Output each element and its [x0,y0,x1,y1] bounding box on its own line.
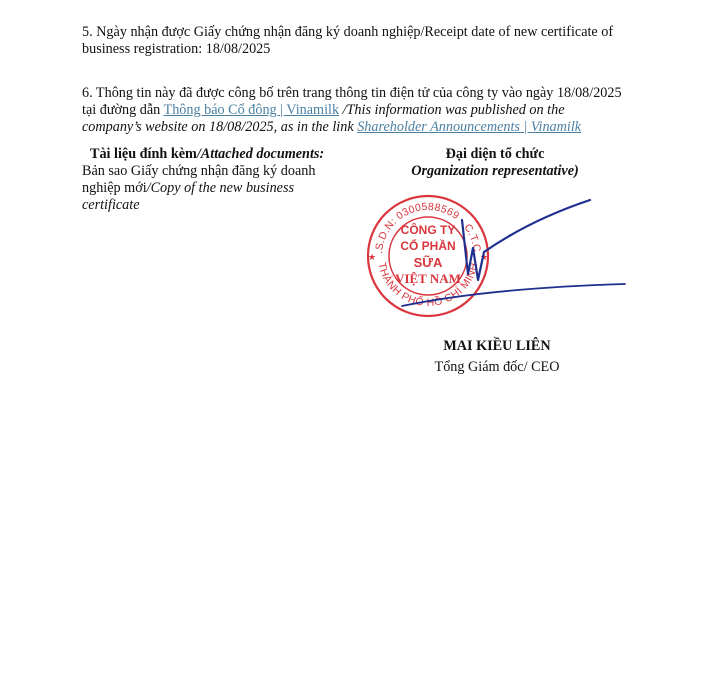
item-6-publication: 6. Thông tin này đã được công bố trên tr… [82,85,622,136]
representative-title-en: Organization representative) [390,163,600,180]
representative-title-vi: Đại diện tổ chức [390,146,600,163]
representative-heading: Đại diện tổ chức Organization representa… [390,146,600,180]
svg-text:CÔNG TY: CÔNG TY [401,222,456,237]
attachments-title-en: /Attached documents: [197,146,324,162]
svg-text:VIỆT NAM: VIỆT NAM [395,271,461,286]
signatory-name: MAI KIỀU LIÊN [400,336,594,357]
item-5-receipt-date: 5. Ngày nhận được Giấy chứng nhận đăng k… [82,24,622,58]
link-shareholder-en[interactable]: Shareholder Announcements | Vinamilk [357,119,581,135]
company-seal-icon: M.S.D.N: 0300588569 - C.T.C.P THÀNH PHỐ … [360,190,640,320]
signatory: MAI KIỀU LIÊN Tổng Giám đốc/ CEO [400,336,594,378]
signatory-position: Tổng Giám đốc/ CEO [400,357,594,378]
svg-text:SỮA: SỮA [414,255,443,270]
attachments-body: Bản sao Giấy chứng nhận đăng ký doanh ng… [82,163,332,214]
attachments-title-vi: Tài liệu đính kèm [90,146,197,162]
svg-text:CỔ PHẦN: CỔ PHẦN [400,238,455,253]
attachments-section: Tài liệu đính kèm/Attached documents: Bả… [82,146,332,214]
link-shareholder-vi[interactable]: Thông báo Cổ đông | Vinamilk [164,102,340,118]
attachments-title: Tài liệu đính kèm/Attached documents: [82,146,332,163]
seal-and-signature: M.S.D.N: 0300588569 - C.T.C.P THÀNH PHỐ … [360,190,640,320]
svg-text:★: ★ [368,252,376,262]
item-5-text: 5. Ngày nhận được Giấy chứng nhận đăng k… [82,24,613,57]
